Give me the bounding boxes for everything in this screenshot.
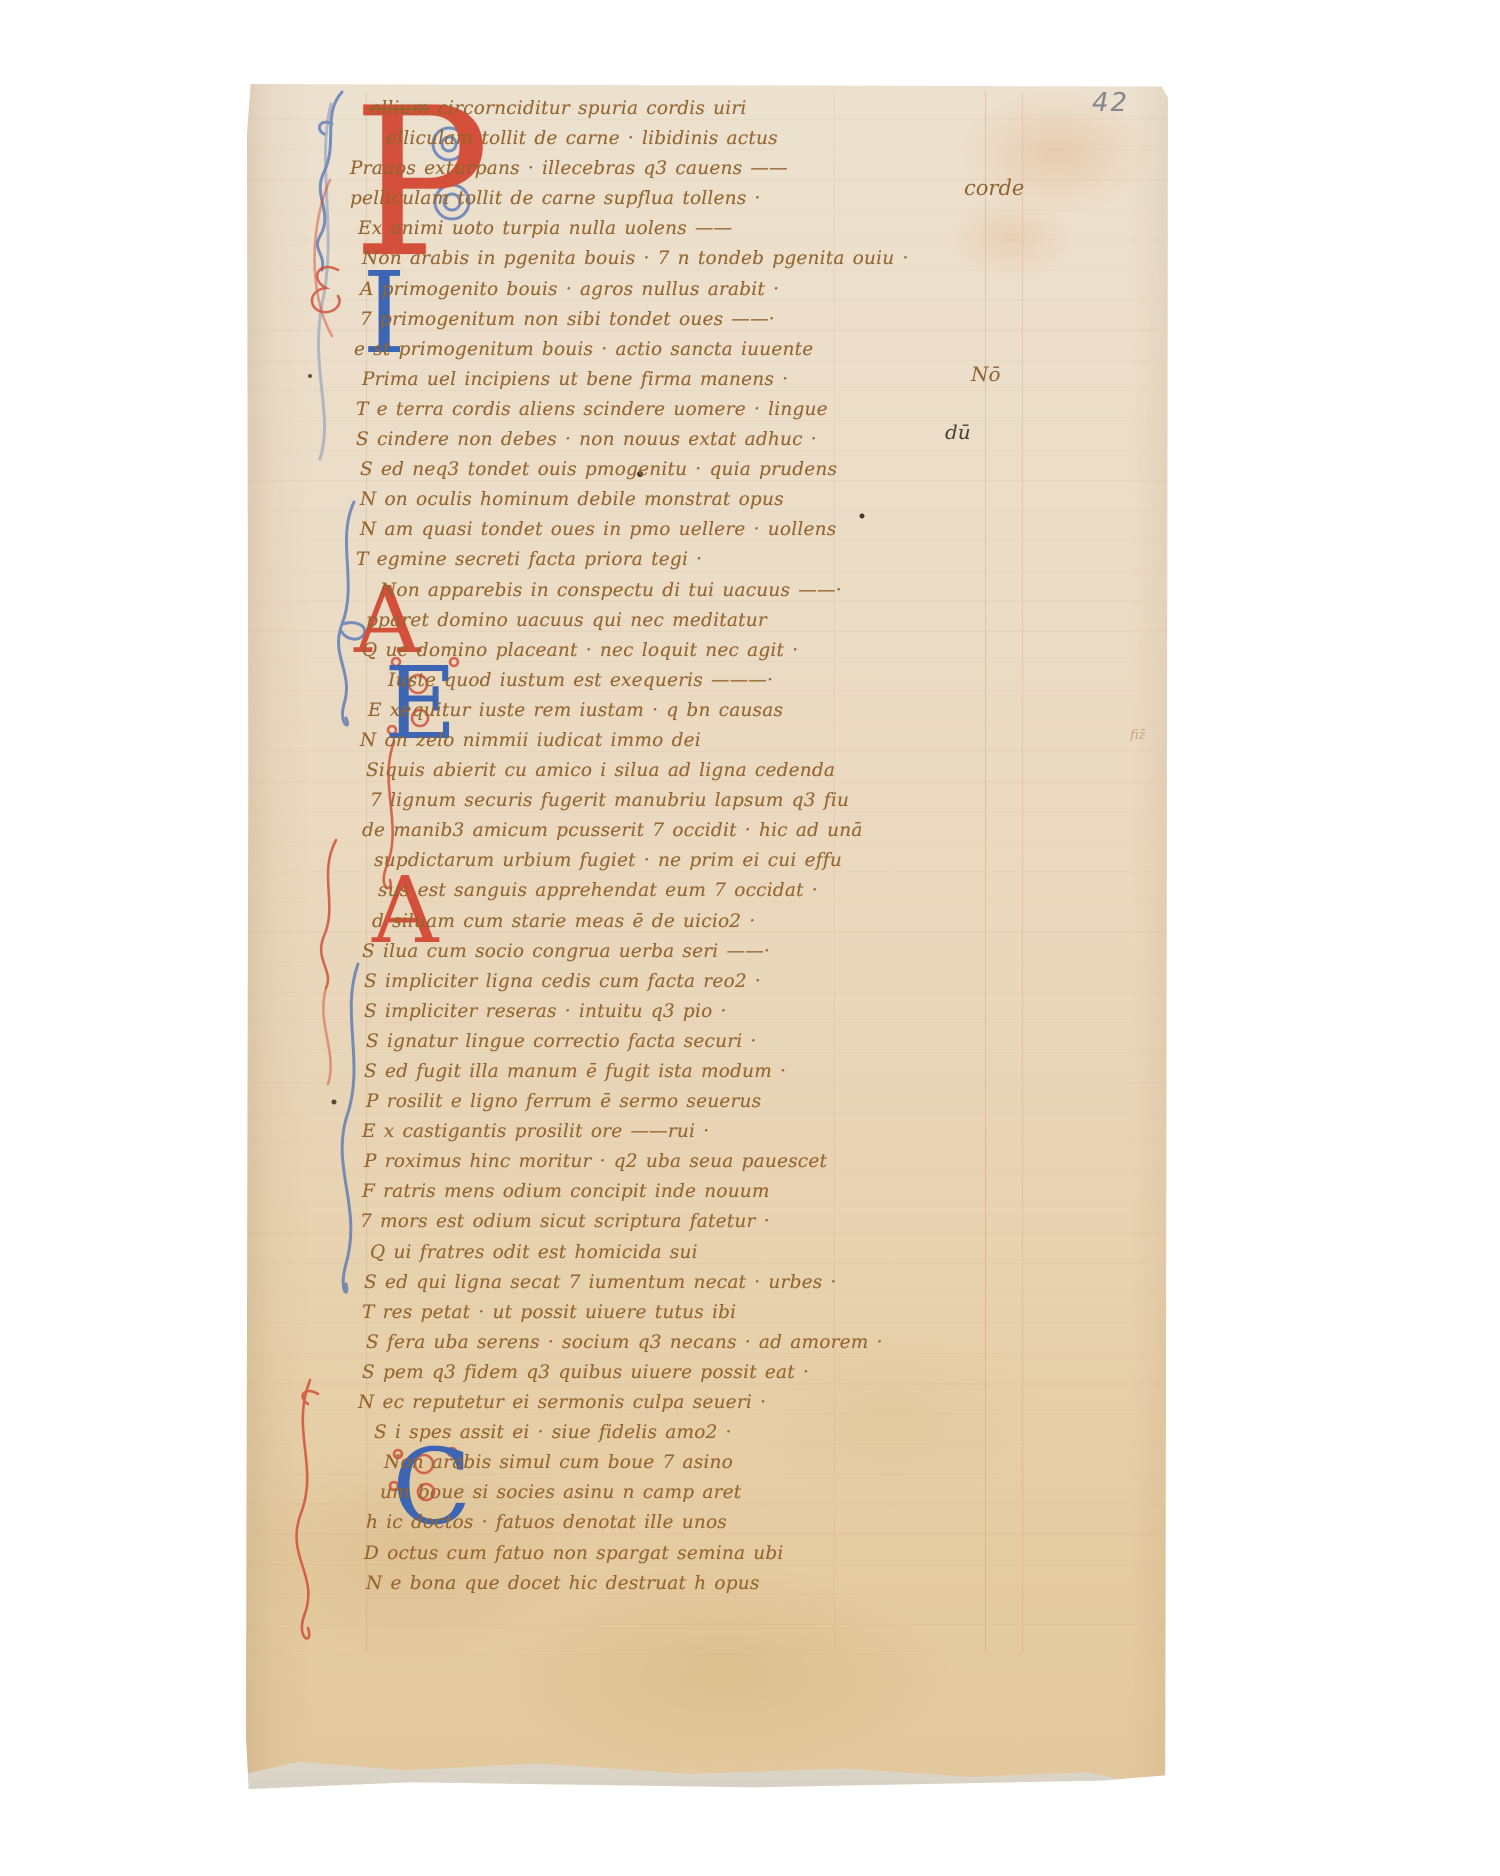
text-line: Prauos exturpans · illecebras q3 cauens …	[350, 154, 1030, 184]
text-line: Non apparebis in conspectu di tui uacuus…	[350, 576, 1030, 606]
text-line: N on oculis hominum debile monstrat opus	[350, 485, 1030, 515]
text-line: S impliciter reseras · intuitu q3 pio ·	[350, 997, 1030, 1027]
text-line: T egmine secreti facta priora tegi ·	[350, 545, 1030, 575]
text-line: P roximus hinc moritur · q2 uba seua pau…	[350, 1147, 1030, 1177]
text-line: S impliciter ligna cedis cum facta reo2 …	[350, 967, 1030, 997]
margin-note-edge-mark: fiz̄	[1130, 728, 1146, 743]
text-line: supdictarum urbium fugiet · ne prim ei c…	[350, 846, 1030, 876]
text-line: Q ui fratres odit est homicida sui	[350, 1238, 1030, 1268]
text-line: pelliculam tollit de carne supflua tolle…	[350, 184, 1030, 214]
text-line: N ec reputetur ei sermonis culpa seueri …	[350, 1388, 1030, 1418]
text-line: P rosilit e ligno ferrum ē sermo seuerus	[350, 1087, 1030, 1117]
text-line: e st primogenitum bouis · actio sancta i…	[350, 335, 1030, 365]
page-background: P I A E A C ellium circornciditur spuria…	[0, 0, 1500, 1876]
text-line: Ex animi uoto turpia nulla uolens ——	[350, 214, 1030, 244]
text-line: elliculam tollit de carne · libidinis ac…	[350, 124, 1030, 154]
text-line: h ic doctos · fatuos denotat ille unos	[350, 1508, 1030, 1538]
text-line: d siluam cum starie meas ē de uicio2 ·	[350, 907, 1030, 937]
text-line: S ed neq3 tondet ouis pmogenitu · quia p…	[350, 455, 1030, 485]
text-line: de manib3 amicum pcusserit 7 occidit · h…	[350, 816, 1030, 846]
text-line: 7 mors est odium sicut scriptura fatetur…	[350, 1207, 1030, 1237]
text-line: N am quasi tondet oues in pmo uellere · …	[350, 515, 1030, 545]
text-lines: ellium circornciditur spuria cordis uiri…	[350, 94, 1030, 1599]
text-line: Non arabis in pgenita bouis · 7 n tondeb…	[350, 244, 1030, 274]
text-line: Prima uel incipiens ut bene firma manens…	[350, 365, 1030, 395]
text-line: A primogenito bouis · agros nullus arabi…	[350, 275, 1030, 305]
text-line: F ratris mens odium concipit inde nouum	[350, 1177, 1030, 1207]
text-line: ellium circornciditur spuria cordis uiri	[350, 94, 1030, 124]
margin-note-du: dū	[945, 420, 971, 444]
text-line: E x castigantis prosilit ore ——rui ·	[350, 1117, 1030, 1147]
text-line: 7 lignum securis fugerit manubriu lapsum…	[350, 786, 1030, 816]
text-line: T res petat · ut possit uiuere tutus ibi	[350, 1298, 1030, 1328]
text-line: Siquis abierit cu amico i silua ad ligna…	[350, 756, 1030, 786]
text-line: pparet domino uacuus qui nec meditatur	[350, 606, 1030, 636]
text-line: S ed fugit illa manum ē fugit ista modum…	[350, 1057, 1030, 1087]
text-line: S cindere non debes · non nouus extat ad…	[350, 425, 1030, 455]
folio-number: 42	[1092, 88, 1129, 118]
manuscript-leaf: P I A E A C ellium circornciditur spuria…	[246, 84, 1168, 1789]
text-line: D octus cum fatuo non spargat semina ubi	[350, 1539, 1030, 1569]
text-line: Non arabis simul cum boue 7 asino	[350, 1448, 1030, 1478]
text-line: Q ue domino placeant · nec loquit nec ag…	[350, 636, 1030, 666]
margin-note-corde: corde	[964, 176, 1024, 200]
text-line: um boue si socies asinu n camp aret	[350, 1478, 1030, 1508]
text-line: S pem q3 fidem q3 quibus uiuere possit e…	[350, 1358, 1030, 1388]
text-line: sus est sanguis apprehendat eum 7 occida…	[350, 876, 1030, 906]
text-line: S fera uba serens · socium q3 necans · a…	[350, 1328, 1030, 1358]
text-line: E xequitur iuste rem iustam · q bn causa…	[350, 696, 1030, 726]
text-line: T e terra cordis aliens scindere uomere …	[350, 395, 1030, 425]
text-line: 7 primogenitum non sibi tondet oues ——·	[350, 305, 1030, 335]
text-line: N on zelo nimmii iudicat immo dei	[350, 726, 1030, 756]
text-line: Iuste quod iustum est exequeris ———·	[350, 666, 1030, 696]
text-line: S i spes assit ei · siue fidelis amo2 ·	[350, 1418, 1030, 1448]
margin-note-no: Nō	[971, 362, 1001, 386]
text-line: S ilua cum socio congrua uerba seri ——·	[350, 937, 1030, 967]
text-line: S ed qui ligna secat 7 iumentum necat · …	[350, 1268, 1030, 1298]
text-line: S ignatur lingue correctio facta securi …	[350, 1027, 1030, 1057]
text-line: N e bona que docet hic destruat h opus	[350, 1569, 1030, 1599]
leaf-bottom-edge	[246, 1755, 1131, 1789]
